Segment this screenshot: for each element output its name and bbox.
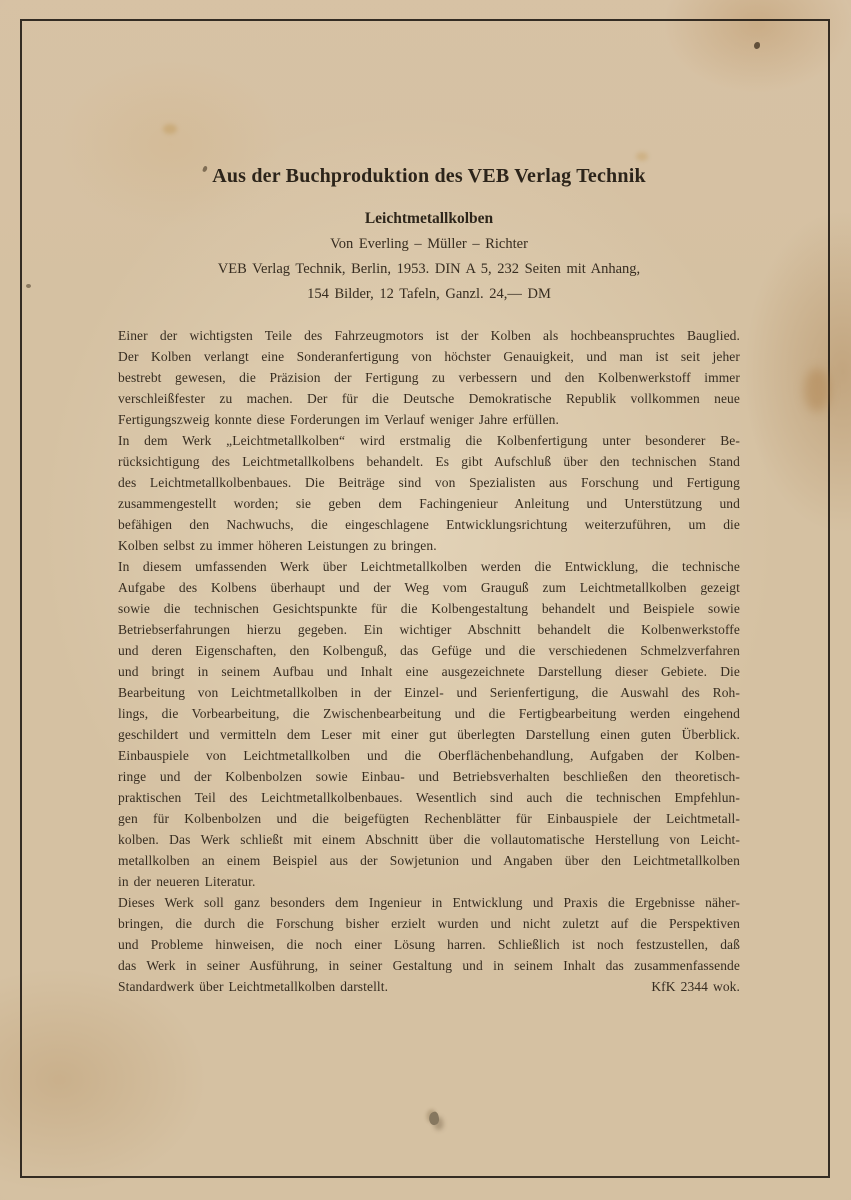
paragraph: In diesem umfassenden Werk über Leichtme… — [118, 556, 740, 892]
paragraph: Dieses Werk soll ganz besonders dem Inge… — [118, 892, 740, 997]
text-line: In diesem umfassenden Werk über Leichtme… — [118, 556, 740, 577]
text-line: bringen, die durch die Forschung bisher … — [118, 913, 740, 934]
text-line: metallkolben an einem Beispiel aus der S… — [118, 850, 740, 871]
text-line: des Leichtmetallkolbenbaues. Die Beiträg… — [118, 472, 740, 493]
text-line: rücksichtigung des Leichtmetallkolbens b… — [118, 451, 740, 472]
text-line: geschildert und vermitteln dem Leser mit… — [118, 724, 740, 745]
text-line: Einbauspiele von Leichtmetallkolben und … — [118, 745, 740, 766]
text-line: und deren Eigenschaften, den Kolbenguß, … — [118, 640, 740, 661]
text-line: befähigen den Nachwuchs, die eingeschlag… — [118, 514, 740, 535]
publisher-line: VEB Verlag Technik, Berlin, 1953. DIN A … — [118, 260, 740, 278]
edition-details-line: 154 Bilder, 12 Tafeln, Ganzl. 24,— DM — [118, 285, 740, 303]
authors-line: Von Everling – Müller – Richter — [118, 235, 740, 253]
text-line: Der Kolben verlangt eine Sonderanfertigu… — [118, 346, 740, 367]
text-line: Standardwerk über Leichtmetallkolben dar… — [118, 976, 740, 997]
text-line: gen für Kolbenbolzen und die beigefügten… — [118, 808, 740, 829]
text-line: zusammengestellt worden; sie geben dem F… — [118, 493, 740, 514]
print-code: KfK 2344 wok. — [651, 976, 740, 997]
book-title: Leichtmetallkolben — [118, 210, 740, 228]
text-line: und bringt in seinem Aufbau und Inhalt e… — [118, 661, 740, 682]
ink-smudge — [427, 1111, 440, 1126]
paper-speck — [754, 42, 760, 49]
text-line: In dem Werk „Leichtmetallkolben“ wird er… — [118, 430, 740, 451]
text-line: in der neueren Literatur. — [118, 871, 740, 892]
text-line: bestrebt gewesen, die Präzision der Fert… — [118, 367, 740, 388]
text-line: Fertigungszweig konnte diese Forderungen… — [118, 409, 740, 430]
text-line: sowie die technischen Gesichtspunkte für… — [118, 598, 740, 619]
text-line: Betriebserfahrungen hierzu gegeben. Ein … — [118, 619, 740, 640]
paper-speck — [26, 284, 31, 288]
text-line: Dieses Werk soll ganz besonders dem Inge… — [118, 892, 740, 913]
text-line: lings, die Vorbearbeitung, die Zwischenb… — [118, 703, 740, 724]
text-line: kolben. Das Werk schließt mit einem Absc… — [118, 829, 740, 850]
page-content: Aus der Buchproduktion des VEB Verlag Te… — [118, 0, 740, 997]
scanned-page: Aus der Buchproduktion des VEB Verlag Te… — [0, 0, 851, 1200]
series-title: Aus der Buchproduktion des VEB Verlag Te… — [118, 164, 740, 188]
text-line: ringe und der Kolbenbolzen sowie Einbau-… — [118, 766, 740, 787]
paragraph: Einer der wichtigsten Teile des Fahrzeug… — [118, 325, 740, 430]
text-line: verschleißfester zu machen. Der für die … — [118, 388, 740, 409]
paper-stain — [804, 368, 830, 412]
paragraph: In dem Werk „Leichtmetallkolben“ wird er… — [118, 430, 740, 556]
text-line: Einer der wichtigsten Teile des Fahrzeug… — [118, 325, 740, 346]
text-line: Aufgabe des Kolbens überhaupt und der We… — [118, 577, 740, 598]
text-line: das Werk in seiner Ausführung, in seiner… — [118, 955, 740, 976]
text-line: Kolben selbst zu immer höheren Leistunge… — [118, 535, 740, 556]
text-line: und Probleme hinweisen, die noch einer L… — [118, 934, 740, 955]
body-paragraphs: Einer der wichtigsten Teile des Fahrzeug… — [118, 325, 740, 997]
text-line: praktischen Teil des Leichtmetallkolbenb… — [118, 787, 740, 808]
text-line: Bearbeitung von Leichtmetallkolben in de… — [118, 682, 740, 703]
closing-line: Standardwerk über Leichtmetallkolben dar… — [118, 976, 388, 997]
